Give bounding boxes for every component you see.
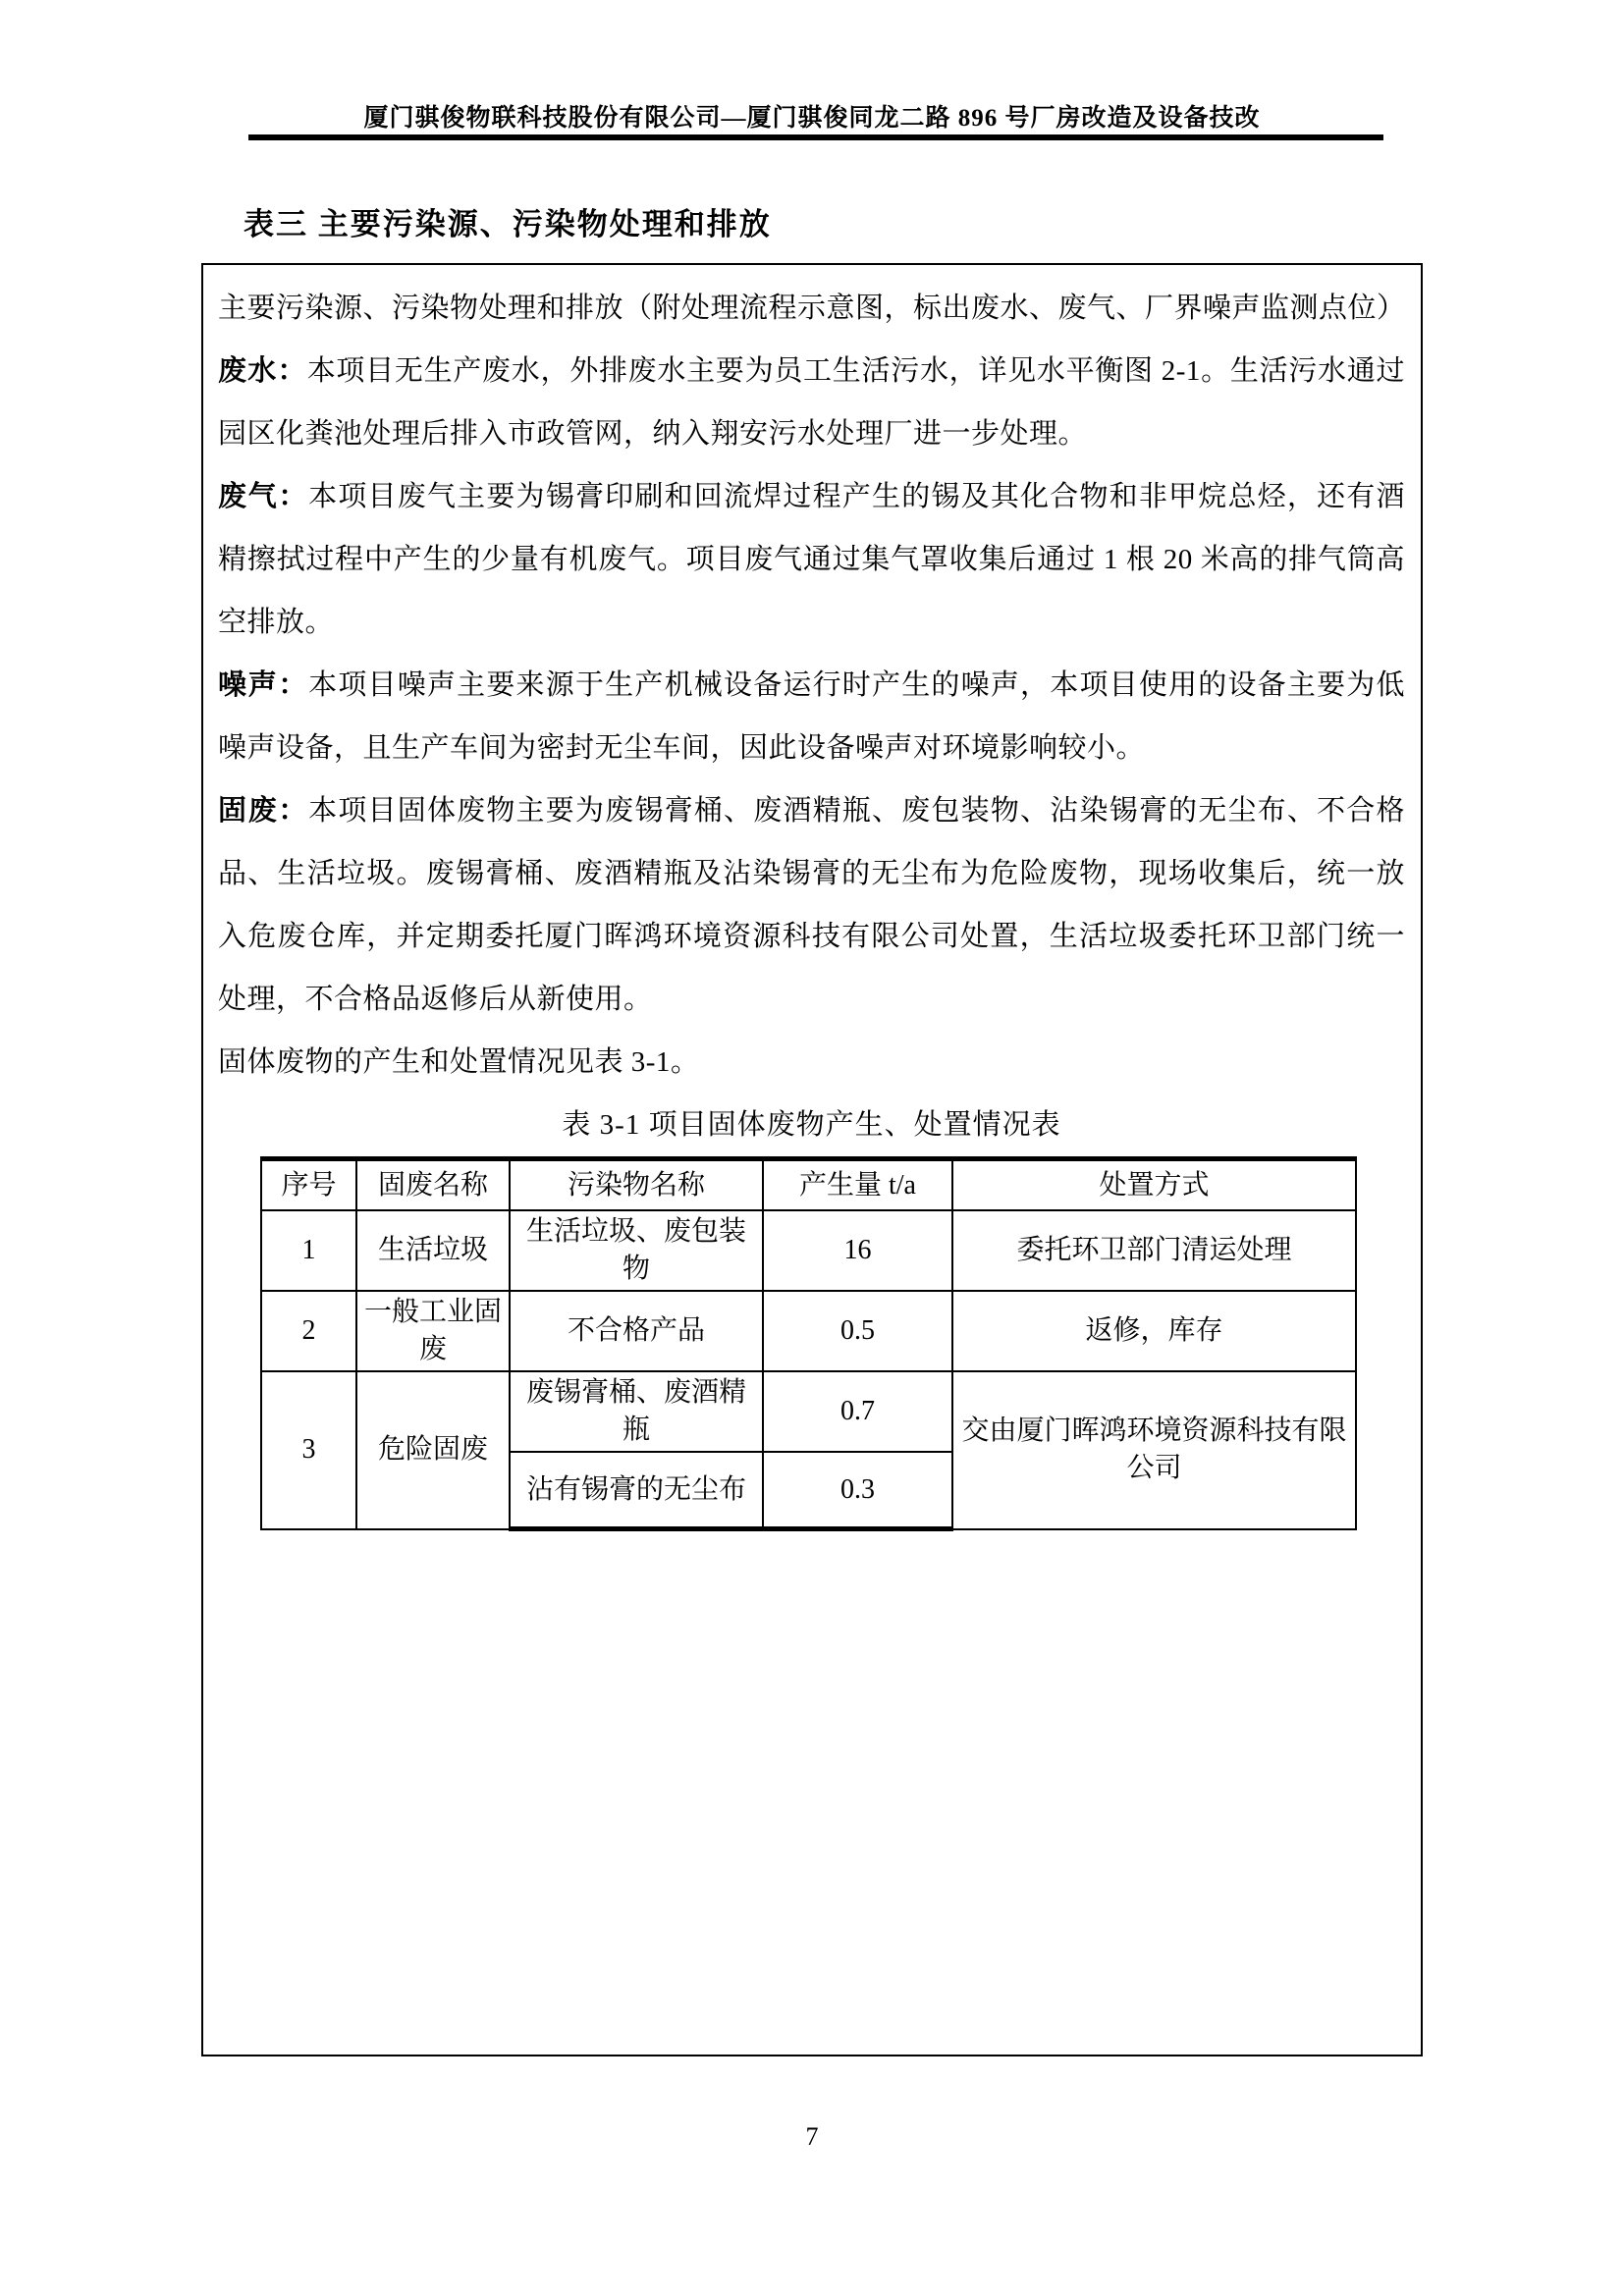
cell-amount: 0.5 <box>763 1291 952 1371</box>
cell-name: 生活垃圾 <box>356 1210 510 1291</box>
header-cell-serial: 序号 <box>261 1159 356 1211</box>
table-caption: 表 3-1 项目固体废物产生、处置情况表 <box>218 1094 1405 1156</box>
paragraph-solid-waste-text: 本项目固体废物主要为废锡膏桶、废酒精瓶、废包装物、沾染锡膏的无尘布、不合格品、生… <box>218 795 1405 1015</box>
section-title: 表三 主要污染源、污染物处理和排放 <box>244 199 772 243</box>
document-header-title: 厦门骐俊物联科技股份有限公司—厦门骐俊同龙二路 896 号厂房改造及设备技改 <box>0 98 1624 133</box>
cell-amount: 16 <box>763 1210 952 1291</box>
cell-serial: 1 <box>261 1210 356 1291</box>
cell-name: 危险固废 <box>356 1371 510 1529</box>
cell-disposal: 委托环卫部门清运处理 <box>952 1210 1356 1291</box>
paragraph-noise: 噪声：本项目噪声主要来源于生产机械设备运行时产生的噪声，本项目使用的设备主要为低… <box>218 654 1405 779</box>
table-header-row: 序号 固废名称 污染物名称 产生量 t/a 处置方式 <box>261 1159 1356 1211</box>
paragraph-wastewater: 废水：本项目无生产废水，外排废水主要为员工生活污水，详见水平衡图 2-1。生活污… <box>218 340 1405 465</box>
paragraph-exhaust-gas: 废气：本项目废气主要为锡膏印刷和回流焊过程产生的锡及其化合物和非甲烷总烃，还有酒… <box>218 465 1405 654</box>
table-note: 固体废物的产生和处置情况见表 3-1。 <box>218 1031 1405 1094</box>
document-page: 厦门骐俊物联科技股份有限公司—厦门骐俊同龙二路 896 号厂房改造及设备技改 表… <box>0 0 1624 2296</box>
cell-disposal: 返修，库存 <box>952 1291 1356 1371</box>
page-number: 7 <box>0 2122 1624 2152</box>
cell-disposal: 交由厦门晖鸿环境资源科技有限公司 <box>952 1371 1356 1529</box>
header-rule-divider <box>248 134 1383 140</box>
cell-amount: 0.7 <box>763 1371 952 1452</box>
cell-serial: 3 <box>261 1371 356 1529</box>
paragraph-wastewater-text: 本项目无生产废水，外排废水主要为员工生活污水，详见水平衡图 2-1。生活污水通过… <box>218 355 1405 450</box>
paragraph-solid-waste: 固废：本项目固体废物主要为废锡膏桶、废酒精瓶、废包装物、沾染锡膏的无尘布、不合格… <box>218 779 1405 1031</box>
paragraph-wastewater-label: 废水： <box>218 355 307 387</box>
cell-name: 一般工业固废 <box>356 1291 510 1371</box>
paragraph-solid-waste-label: 固废： <box>218 795 308 827</box>
cell-pollutant: 废锡膏桶、废酒精瓶 <box>510 1371 763 1452</box>
paragraph-noise-label: 噪声： <box>218 669 308 701</box>
paragraph-noise-text: 本项目噪声主要来源于生产机械设备运行时产生的噪声，本项目使用的设备主要为低噪声设… <box>218 669 1405 764</box>
header-cell-name: 固废名称 <box>356 1159 510 1211</box>
paragraph-exhaust-gas-text: 本项目废气主要为锡膏印刷和回流焊过程产生的锡及其化合物和非甲烷总烃，还有酒精擦拭… <box>218 481 1405 638</box>
table-row-general-industrial-waste: 2 一般工业固废 不合格产品 0.5 返修，库存 <box>261 1291 1356 1371</box>
intro-paragraph: 主要污染源、污染物处理和排放（附处理流程示意图，标出废水、废气、厂界噪声监测点位… <box>218 277 1405 340</box>
cell-pollutant: 不合格产品 <box>510 1291 763 1371</box>
cell-serial: 2 <box>261 1291 356 1371</box>
table-row-domestic-garbage: 1 生活垃圾 生活垃圾、废包装物 16 委托环卫部门清运处理 <box>261 1210 1356 1291</box>
header-cell-disposal: 处置方式 <box>952 1159 1356 1211</box>
table-row-hazardous-waste-1: 3 危险固废 废锡膏桶、废酒精瓶 0.7 交由厦门晖鸿环境资源科技有限公司 <box>261 1371 1356 1452</box>
header-cell-amount: 产生量 t/a <box>763 1159 952 1211</box>
cell-pollutant: 生活垃圾、废包装物 <box>510 1210 763 1291</box>
solid-waste-table: 序号 固废名称 污染物名称 产生量 t/a 处置方式 1 生活垃圾 生活垃圾、废… <box>260 1156 1357 1531</box>
header-cell-pollutant: 污染物名称 <box>510 1159 763 1211</box>
content-box: 主要污染源、污染物处理和排放（附处理流程示意图，标出废水、废气、厂界噪声监测点位… <box>201 263 1423 2056</box>
cell-pollutant: 沾有锡膏的无尘布 <box>510 1452 763 1529</box>
paragraph-exhaust-gas-label: 废气： <box>218 481 308 512</box>
cell-amount: 0.3 <box>763 1452 952 1529</box>
